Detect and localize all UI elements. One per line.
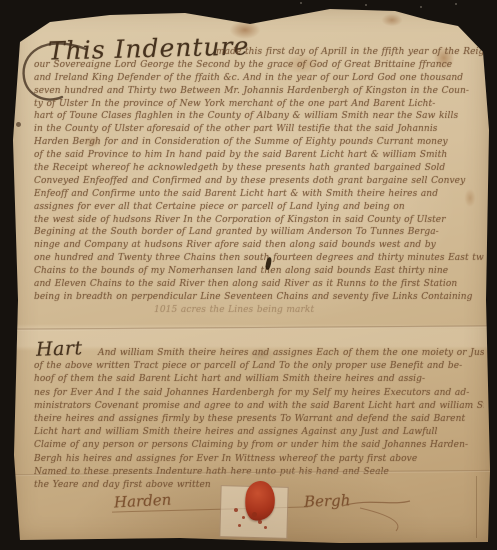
manuscript-line: Chains to the bounds of my Nomerhansen l… xyxy=(34,265,484,278)
manuscript-line: the west side of hudsons River In the Co… xyxy=(34,214,484,227)
manuscript-line: one hundred and Twenty three Chains then… xyxy=(34,252,484,265)
manuscript-line: ty of Ulster In the province of New York… xyxy=(34,98,484,111)
manuscript-line: seven hundred and Thirty two Between Mr.… xyxy=(34,85,484,98)
manuscript-line: and Eleven Chains to the said River then… xyxy=(34,278,484,291)
manuscript-line: and Ireland King Defender of the ffaith … xyxy=(34,72,484,85)
signature-name-left: Harden xyxy=(114,491,172,512)
manuscript-line: made this first day of Aprill in the ffi… xyxy=(34,46,484,59)
manuscript-line: our Sovereaigne Lord George the Second b… xyxy=(34,59,484,72)
manuscript-line: Begining at the South border of Land gra… xyxy=(34,226,484,239)
manuscript-line: Harden Bergh for and in Consideration of… xyxy=(34,136,484,149)
manuscript-line: 1015 acres the Lines being markt xyxy=(34,304,484,317)
manuscript-line: assignes for ever all that Certaine piec… xyxy=(34,201,484,214)
paper-blemish xyxy=(16,122,21,127)
wax-droplet xyxy=(264,526,267,529)
deed-body-paragraph: made this first day of Aprill in the ffi… xyxy=(34,46,484,317)
dust-speck xyxy=(420,6,422,8)
manuscript-line: theire heires and assignes firmly by the… xyxy=(34,413,484,426)
manuscript-line: Conveyed Enfeoffed and Confirmed and by … xyxy=(34,175,484,188)
manuscript-line: the Receipt whereof he acknowledgeth by … xyxy=(34,162,484,175)
manuscript-line: of the above written Tract piece or parc… xyxy=(34,360,484,373)
manuscript-line: Licht hart and william Smith theire heir… xyxy=(34,426,484,439)
wax-droplet xyxy=(238,524,241,527)
manuscript-line: of the said Province to him In hand paid… xyxy=(34,149,484,162)
manuscript-document: This Indenture made this first day of Ap… xyxy=(12,6,490,543)
dust-speck xyxy=(455,3,457,5)
manuscript-line: nes for Ever And I the said Johannes Har… xyxy=(34,387,484,400)
manuscript-line: hoof of them the said Barent Licht hart … xyxy=(34,373,484,386)
manuscript-line: in the County of Ulster aforesaid of the… xyxy=(34,123,484,136)
wax-droplet xyxy=(258,520,262,524)
wax-droplet xyxy=(242,516,245,519)
manuscript-line: ministrators Covenant promise and agree … xyxy=(34,400,484,413)
wax-droplet xyxy=(252,512,257,517)
manuscript-line: hart of Toune Clases flaghlen in the Cou… xyxy=(34,110,484,123)
dust-speck xyxy=(300,2,302,4)
manuscript-line: ninge and Company at hudsons River afore… xyxy=(34,239,484,252)
manuscript-line: being in breadth on perpendicular Line S… xyxy=(34,291,484,304)
dust-speck xyxy=(365,4,367,6)
manuscript-line: Claime of any person or persons Claiming… xyxy=(34,439,484,452)
signature-flourish xyxy=(342,498,414,536)
manuscript-line: And william Smith theire heires and assi… xyxy=(34,347,484,360)
photo-stage: This Indenture made this first day of Ap… xyxy=(0,0,497,550)
manuscript-line: Enfeoff and Confirme unto the said Baren… xyxy=(34,188,484,201)
manuscript-line: Bergh his heires and assignes for Ever I… xyxy=(34,453,484,466)
wax-droplet xyxy=(234,508,238,512)
fold-crease-vertical xyxy=(476,476,477,538)
fold-crease xyxy=(12,325,490,330)
